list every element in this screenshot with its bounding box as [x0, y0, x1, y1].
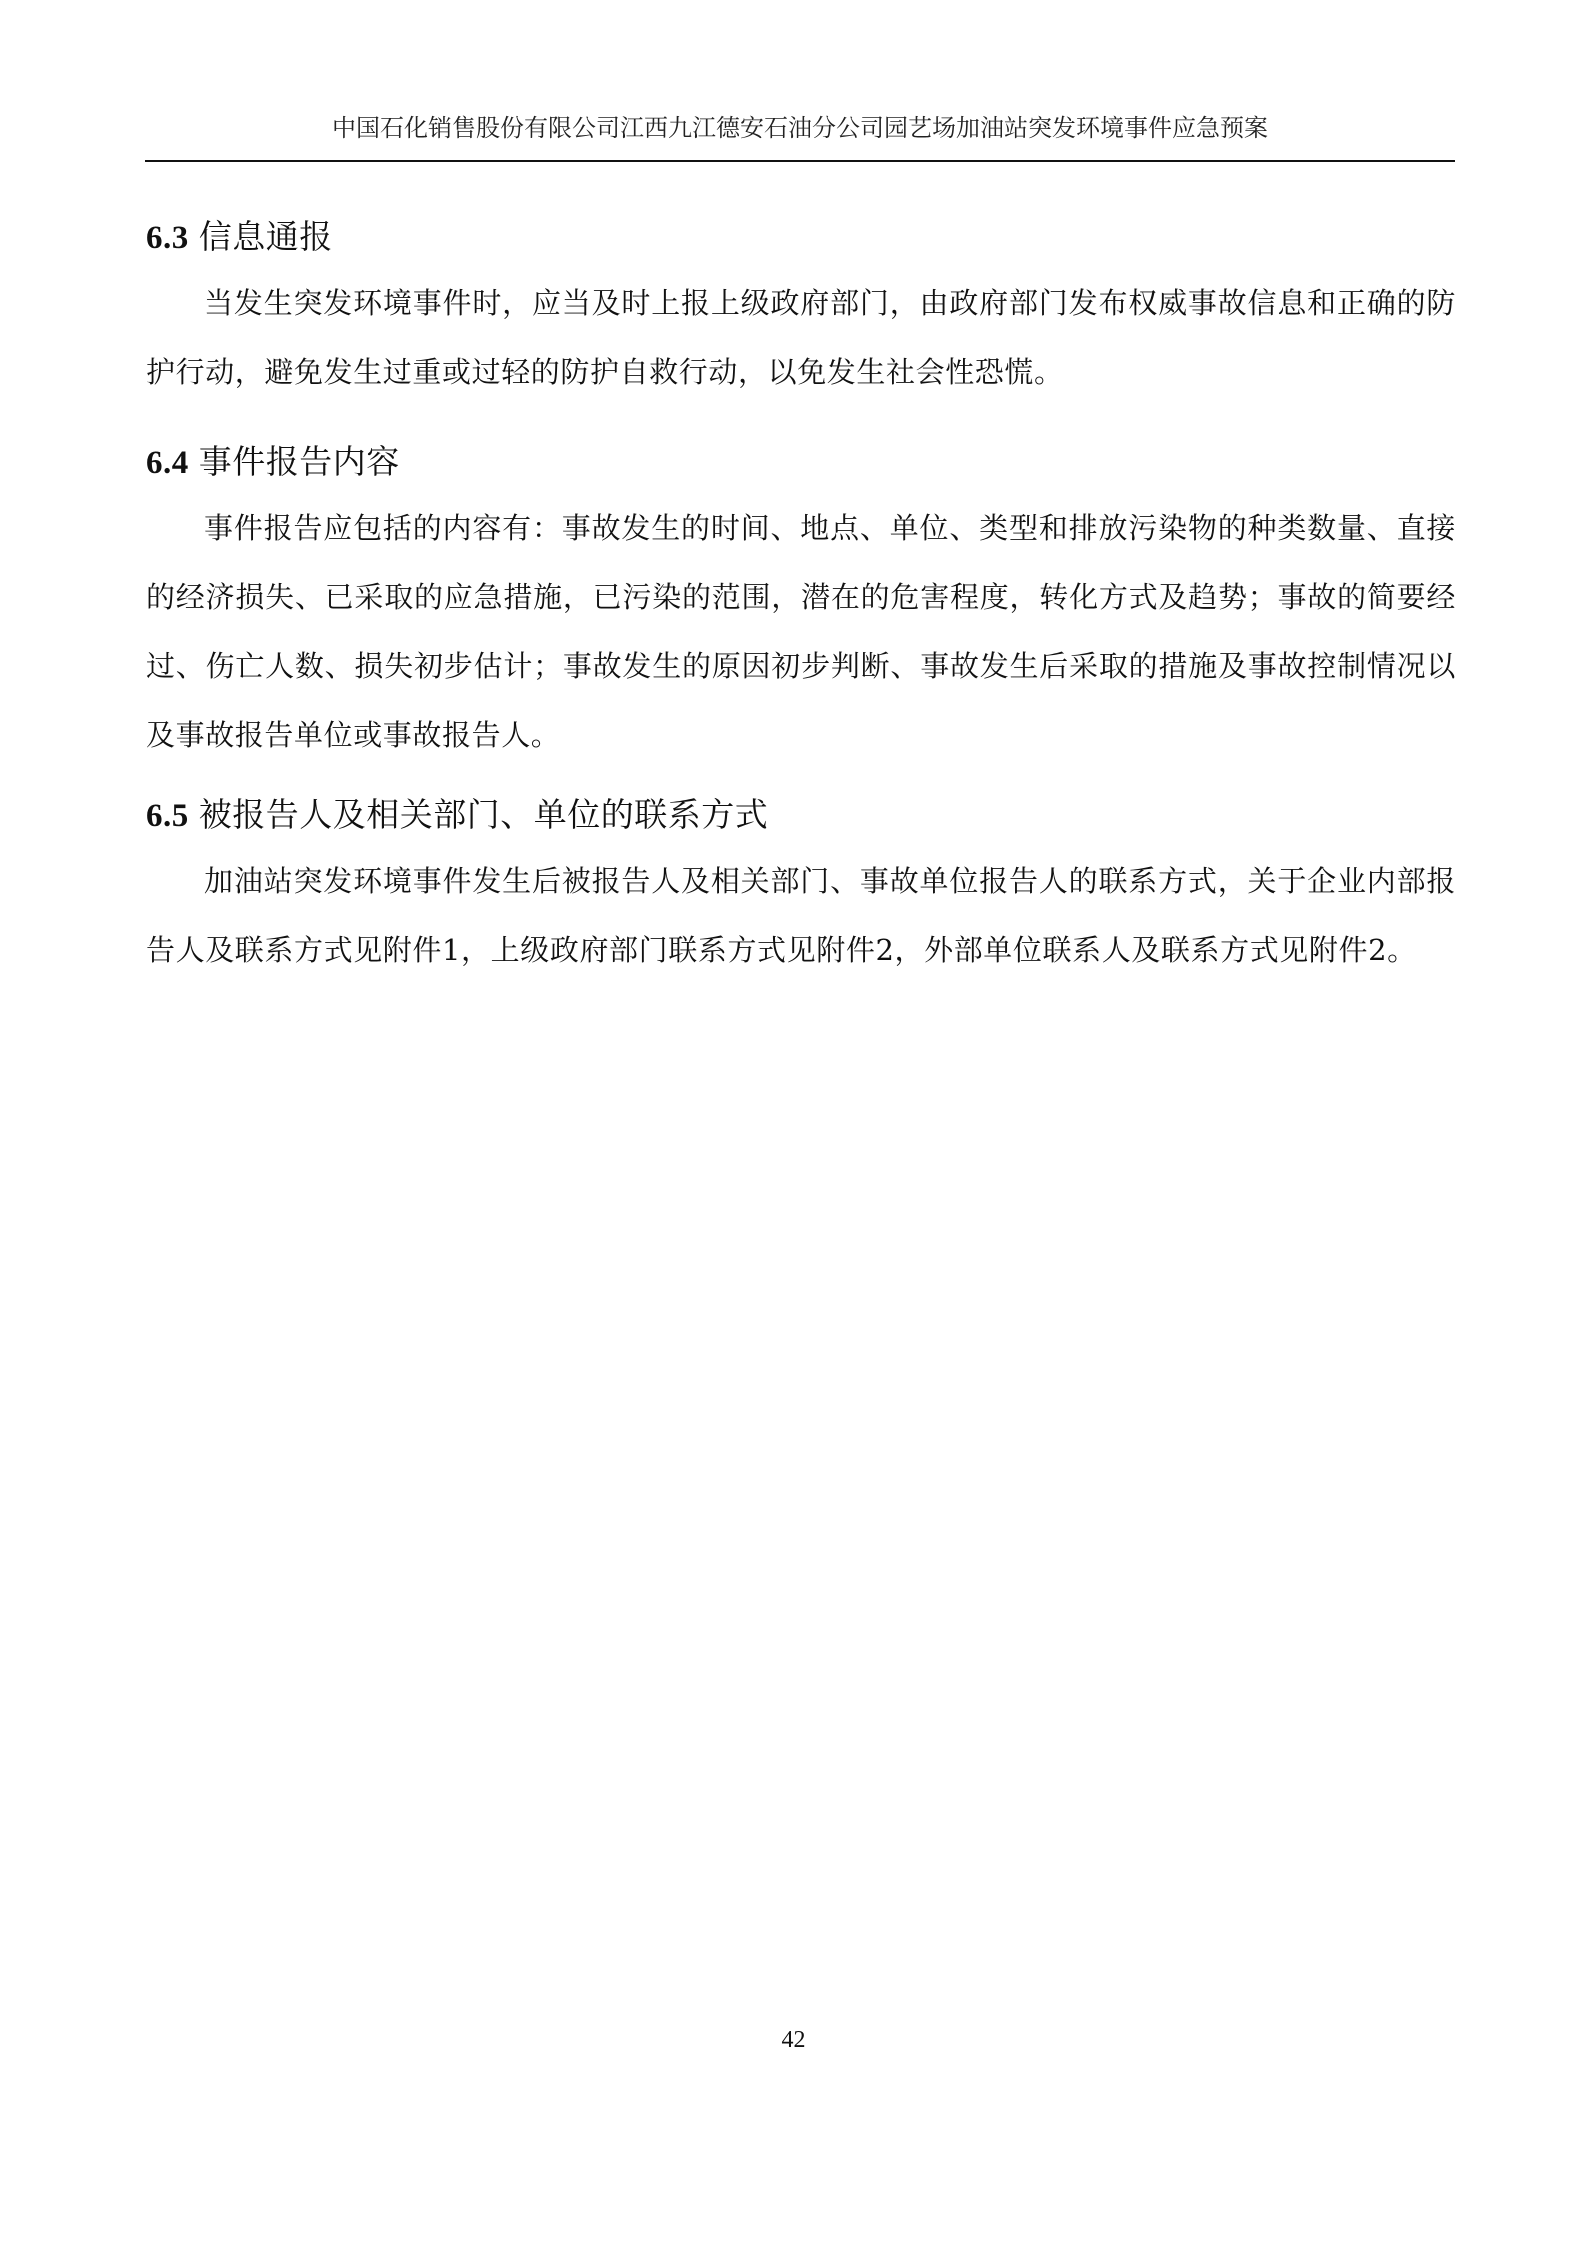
section-number: 6.3 [146, 220, 189, 256]
section-number: 6.4 [146, 445, 189, 481]
section-heading: 6.3信息通报 [146, 205, 1456, 269]
section-paragraph: 当发生突发环境事件时，应当及时上报上级政府部门，由政府部门发布权威事故信息和正确… [146, 269, 1456, 407]
section-title: 信息通报 [199, 217, 333, 256]
section-6-3: 6.3信息通报 当发生突发环境事件时，应当及时上报上级政府部门，由政府部门发布权… [146, 205, 1456, 407]
section-title: 事件报告内容 [199, 442, 400, 481]
running-header: 中国石化销售股份有限公司江西九江德安石油分公司园艺场加油站突发环境事件应急预案 [145, 108, 1455, 148]
section-6-5: 6.5被报告人及相关部门、单位的联系方式 加油站突发环境事件发生后被报告人及相关… [146, 783, 1456, 985]
section-heading: 6.5被报告人及相关部门、单位的联系方式 [146, 783, 1456, 847]
section-paragraph: 事件报告应包括的内容有：事故发生的时间、地点、单位、类型和排放污染物的种类数量、… [146, 494, 1456, 770]
section-heading: 6.4事件报告内容 [146, 430, 1456, 494]
section-6-4: 6.4事件报告内容 事件报告应包括的内容有：事故发生的时间、地点、单位、类型和排… [146, 430, 1456, 770]
section-title: 被报告人及相关部门、单位的联系方式 [199, 795, 769, 834]
section-number: 6.5 [146, 798, 189, 834]
header-divider [145, 160, 1455, 162]
page-number: 42 [0, 2025, 1587, 2055]
section-paragraph: 加油站突发环境事件发生后被报告人及相关部门、事故单位报告人的联系方式，关于企业内… [146, 847, 1456, 985]
